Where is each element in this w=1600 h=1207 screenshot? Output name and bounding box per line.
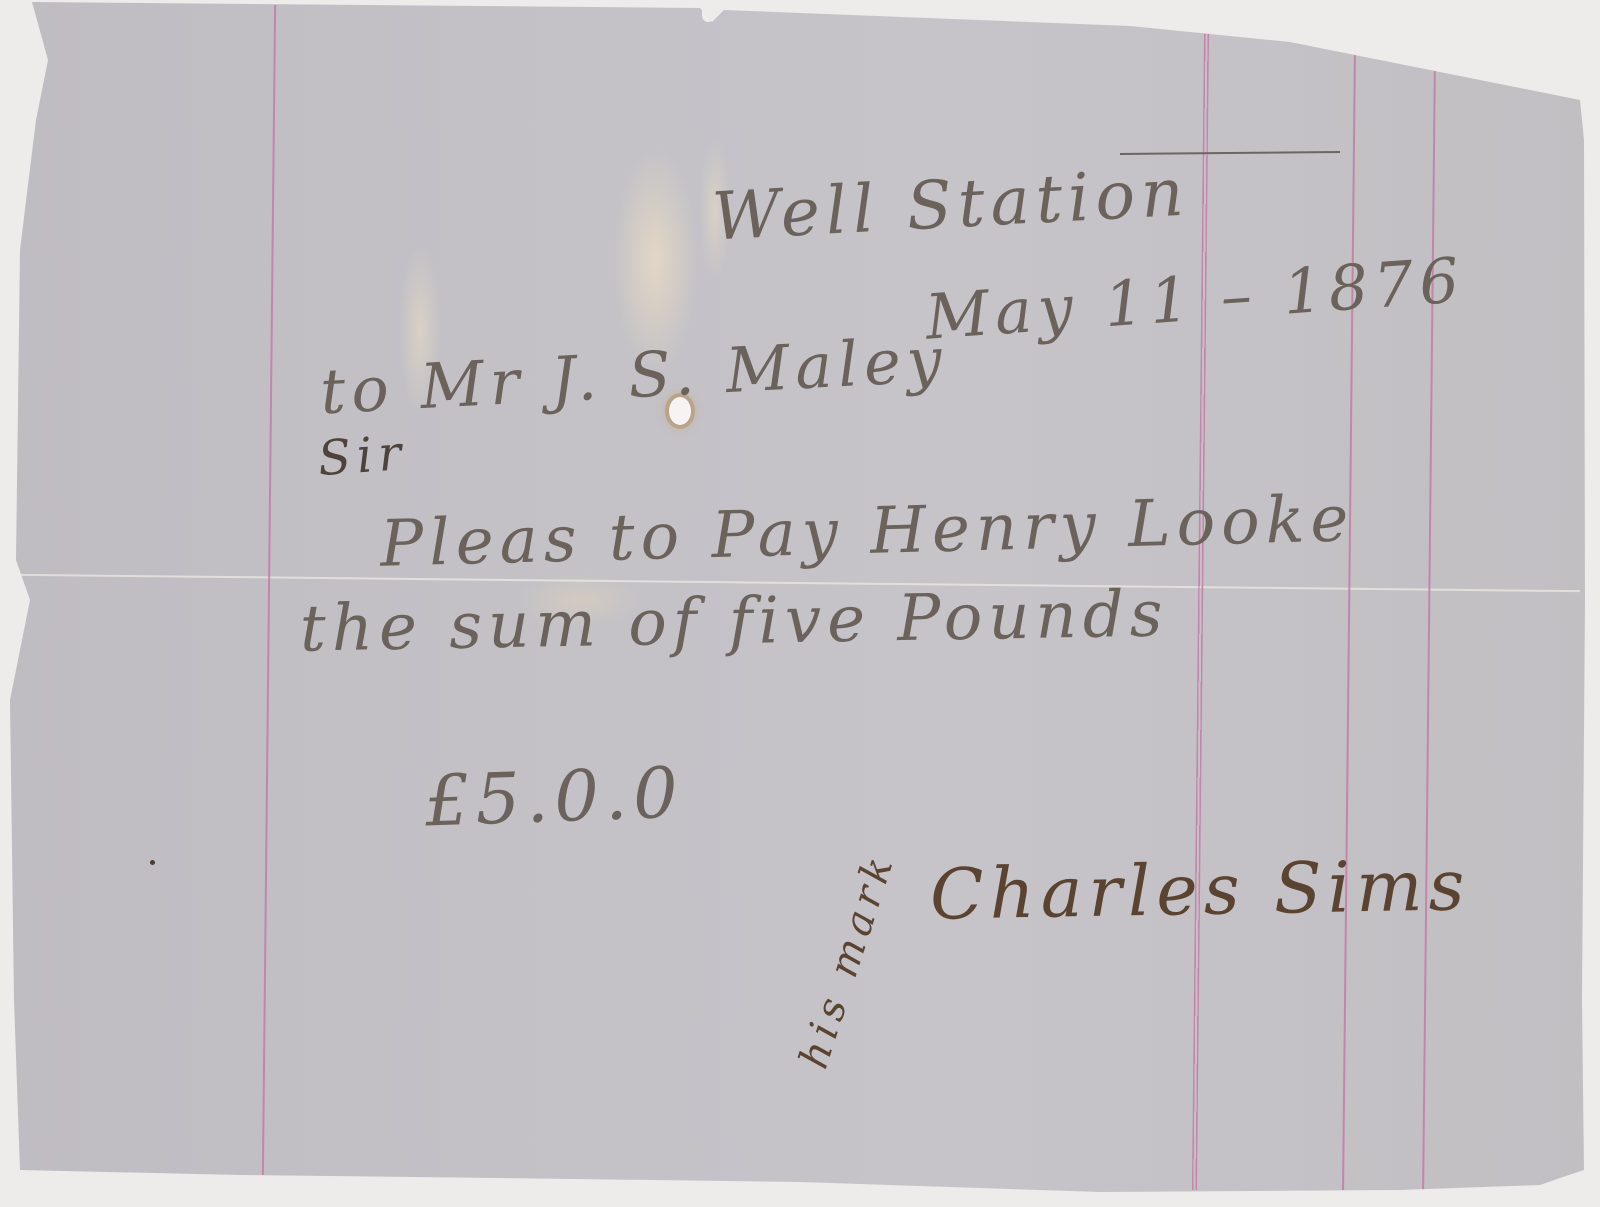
ink-speck — [150, 860, 155, 865]
heading-underline — [1120, 151, 1340, 154]
amount: £5.0.0 — [424, 758, 685, 837]
signature: Charles Sims — [929, 850, 1471, 929]
money-column-rule-1 — [1342, 50, 1355, 1190]
place-line: Well Station — [711, 160, 1191, 251]
top-tear-notch — [702, 8, 714, 22]
body-line-2: the sum of five Pounds — [300, 582, 1170, 661]
paper-sheet: Well Station May 11 – 1876 to Mr J. S. M… — [0, 0, 1600, 1207]
money-column-rule-double — [1192, 30, 1209, 1190]
left-margin-rule — [262, 5, 276, 1175]
mark-flourish: his mark — [794, 847, 902, 1073]
document-scan: Well Station May 11 – 1876 to Mr J. S. M… — [0, 0, 1600, 1207]
date-line: May 11 – 1876 — [923, 249, 1466, 349]
ink-speck — [1506, 48, 1510, 52]
salutation: Sir — [316, 429, 408, 483]
addressee-line: to Mr J. S. Maley — [319, 329, 949, 424]
money-column-rule-2 — [1422, 65, 1435, 1190]
body-line-1: Pleas to Pay Henry Looke — [379, 487, 1355, 576]
